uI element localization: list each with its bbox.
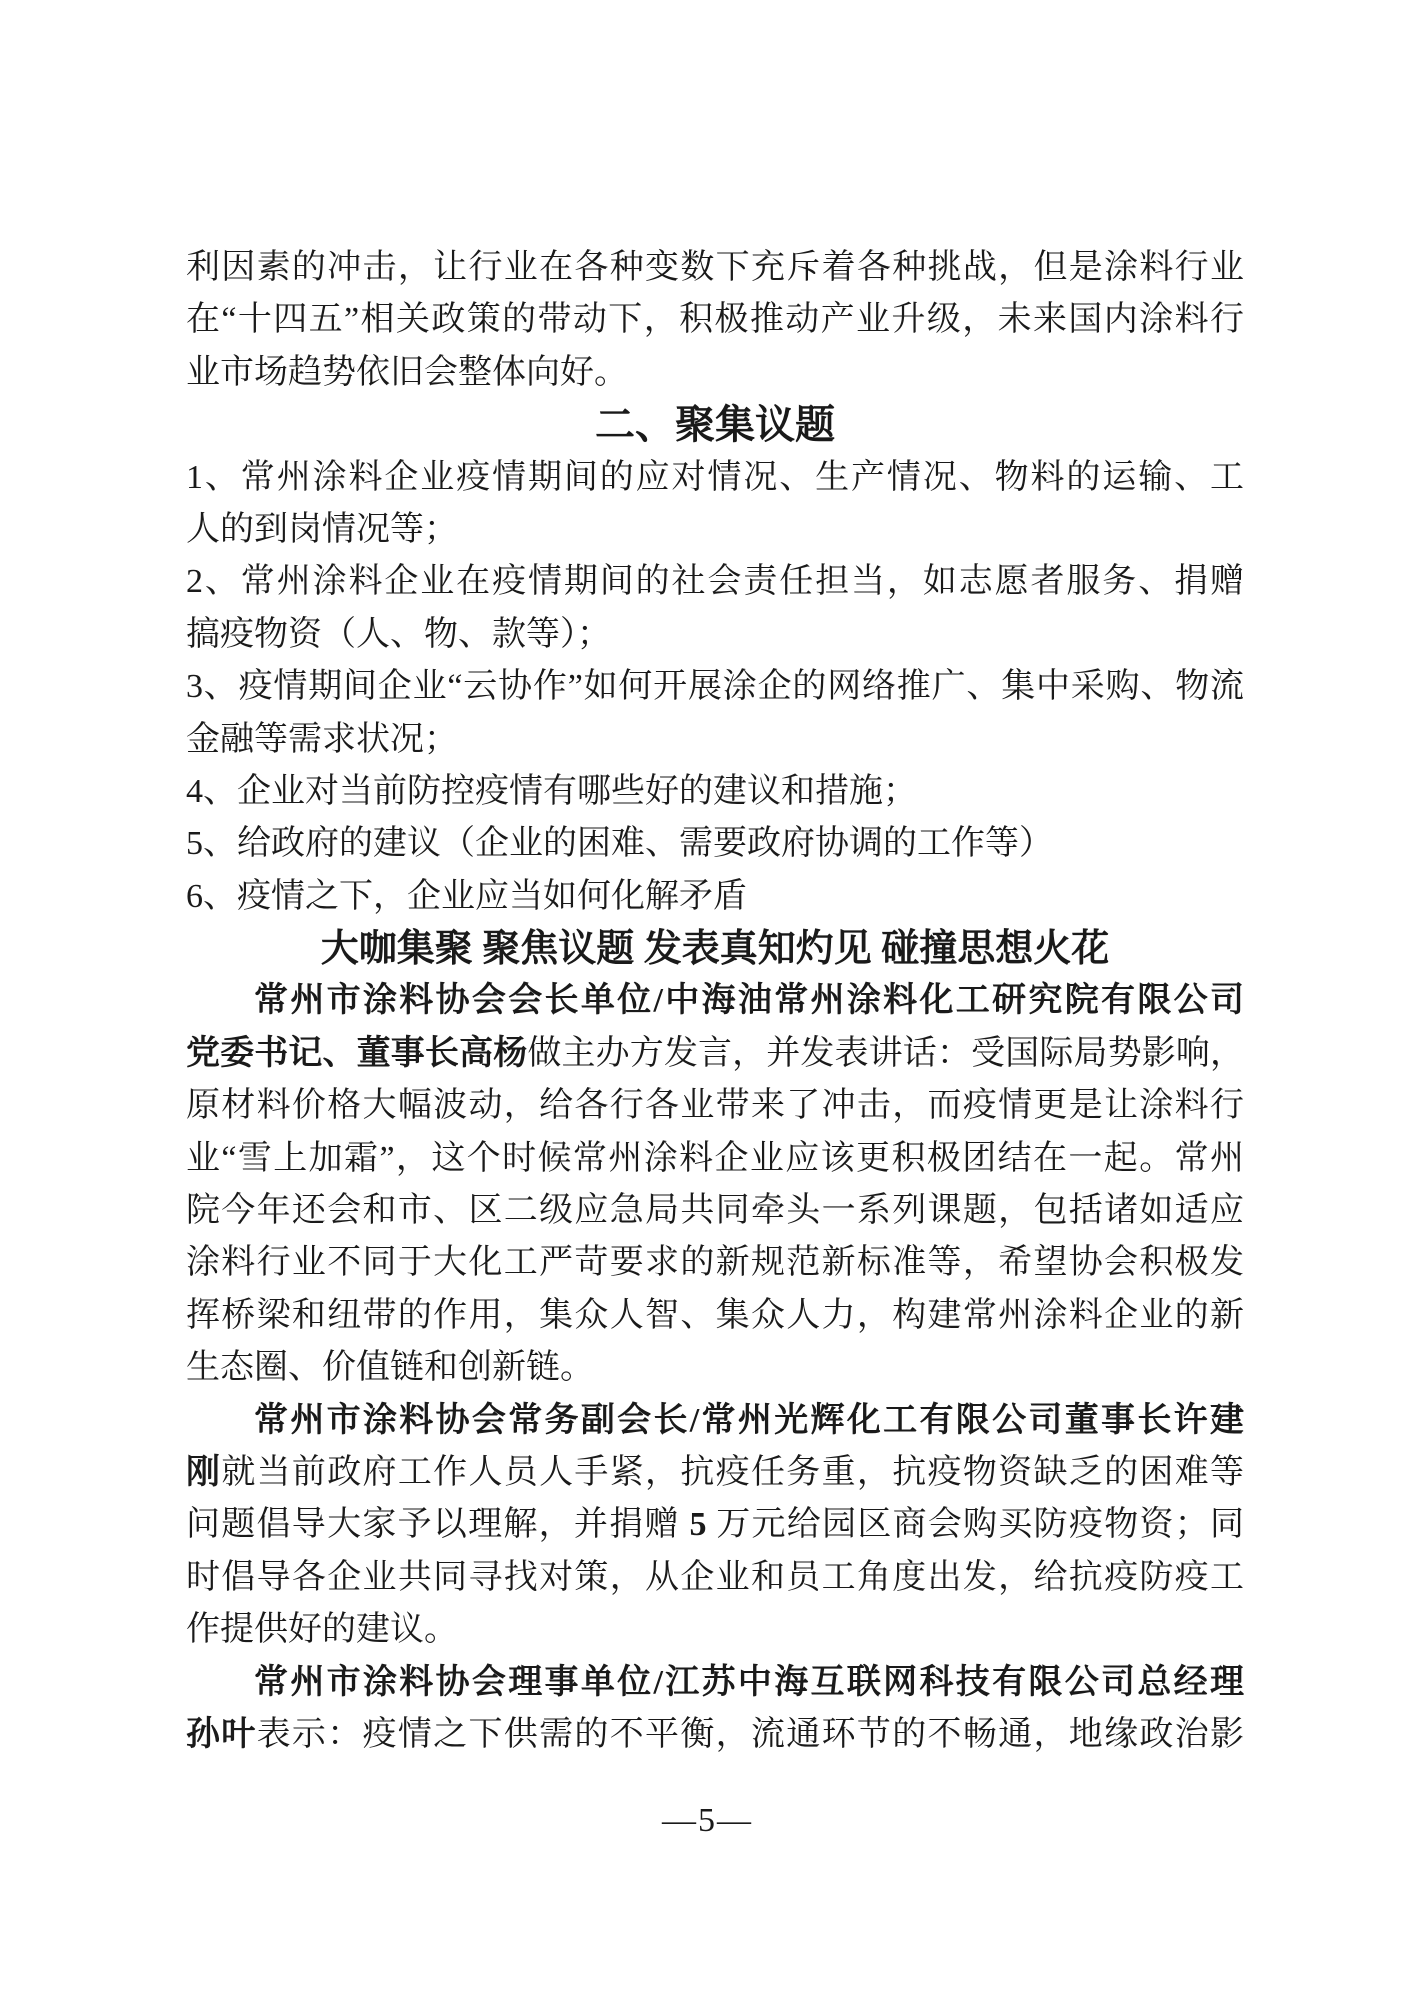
bold-text-run: 常州市涂料协会常务副会长/常州光辉化工有限公司董事长许建 [254, 1402, 1244, 1439]
bold-text-run: 大咖集聚 聚焦议题 发表真知灼见 碰撞思想火花 [321, 928, 1110, 970]
text-run: 6、疫情之下，企业应当如何化解矛盾 [186, 878, 747, 915]
text-run: 生态圈、价值链和创新链。 [186, 1349, 594, 1386]
bold-text-run: 常州市涂料协会理事单位/江苏中海互联网科技有限公司总经理 [254, 1664, 1244, 1701]
bold-text-run: 二、聚集议题 [595, 402, 835, 447]
body-line: 生态圈、价值链和创新链。 [186, 1342, 1244, 1394]
text-run: 原材料价格大幅波动，给各行各业带来了冲击，而疫情更是让涂料行 [186, 1087, 1244, 1124]
speaker-title-line: 常州市涂料协会常务副会长/常州光辉化工有限公司董事长许建 [186, 1395, 1244, 1447]
body-line: 作提供好的建议。 [186, 1604, 1244, 1656]
text-run: 院今年还会和市、区二级应急局共同牵头一系列课题，包括诸如适应 [186, 1192, 1244, 1229]
topic-item-4: 4、企业对当前防控疫情有哪些好的建议和措施； [186, 766, 1244, 818]
text-run: 问题倡导大家予以理解，并捐赠 [186, 1506, 690, 1543]
text-run: 作提供好的建议。 [186, 1611, 458, 1648]
text-run: 业“雪上加霜”，这个时候常州涂料企业应该更积极团结在一起。常州 [186, 1140, 1244, 1177]
bold-text-run: 孙叶 [186, 1716, 257, 1753]
body-line: 利因素的冲击，让行业在各种变数下充斥着各种挑战，但是涂料行业 [186, 242, 1244, 294]
text-run: 就当前政府工作人员人手紧，抗疫任务重，抗疫物资缺乏的困难等 [221, 1454, 1244, 1491]
topic-item-1: 1、常州涂料企业疫情期间的应对情况、生产情况、物料的运输、工 [186, 452, 1244, 504]
text-run: 时倡导各企业共同寻找对策，从企业和员工角度出发，给抗疫防疫工 [186, 1559, 1244, 1596]
body-line: 业市场趋势依旧会整体向好。 [186, 347, 1244, 399]
body-line: 在“十四五”相关政策的带动下，积极推动产业升级，未来国内涂料行 [186, 294, 1244, 346]
body-line: 业“雪上加霜”，这个时候常州涂料企业应该更积极团结在一起。常州 [186, 1133, 1244, 1185]
document-body: 利因素的冲击，让行业在各种变数下充斥着各种挑战，但是涂料行业在“十四五”相关政策… [186, 242, 1244, 1761]
text-run: 利因素的冲击，让行业在各种变数下充斥着各种挑战，但是涂料行业 [186, 249, 1244, 286]
text-run: 1、常州涂料企业疫情期间的应对情况、生产情况、物料的运输、工 [186, 459, 1244, 496]
body-line: 时倡导各企业共同寻找对策，从企业和员工角度出发，给抗疫防疫工 [186, 1552, 1244, 1604]
text-run: 业市场趋势依旧会整体向好。 [186, 354, 628, 391]
body-line: 孙叶表示：疫情之下供需的不平衡，流通环节的不畅通，地缘政治影 [186, 1709, 1244, 1761]
text-run: 搞疫物资（人、物、款等）； [186, 616, 611, 653]
bold-text-run: 党委书记、董事长高杨 [186, 1035, 527, 1072]
text-run: 3、疫情期间企业“云协作”如何开展涂企的网络推广、集中采购、物流 [186, 668, 1244, 705]
text-run: 涂料行业不同于大化工严苛要求的新规范新标准等，希望协会积极发 [186, 1244, 1244, 1281]
page-number: —5— [0, 1798, 1415, 1844]
text-run: 4、企业对当前防控疫情有哪些好的建议和措施； [186, 773, 917, 810]
text-run: 5、给政府的建议（企业的困难、需要政府协调的工作等） [186, 825, 1053, 862]
body-line: 原材料价格大幅波动，给各行各业带来了冲击，而疫情更是让涂料行 [186, 1080, 1244, 1132]
speaker-title-line: 常州市涂料协会会长单位/中海油常州涂料化工研究院有限公司 [186, 975, 1244, 1027]
document-page: 利因素的冲击，让行业在各种变数下充斥着各种挑战，但是涂料行业在“十四五”相关政策… [0, 0, 1415, 2000]
topic-item-5: 5、给政府的建议（企业的困难、需要政府协调的工作等） [186, 818, 1244, 870]
topic-item-2-cont: 搞疫物资（人、物、款等）； [186, 609, 1244, 661]
text-run: 挥桥梁和纽带的作用，集众人智、集众人力，构建常州涂料企业的新 [186, 1297, 1244, 1334]
section-heading: 二、聚集议题 [186, 399, 1244, 451]
text-run: 金融等需求状况； [186, 721, 458, 758]
bold-text-run: 常州市涂料协会会长单位/中海油常州涂料化工研究院有限公司 [254, 982, 1244, 1019]
text-run: 万元给园区商会购买防疫物资；同 [707, 1506, 1245, 1543]
bold-text-run: 刚 [186, 1454, 221, 1491]
sub-heading: 大咖集聚 聚焦议题 发表真知灼见 碰撞思想火花 [186, 923, 1244, 975]
speaker-title-line: 常州市涂料协会理事单位/江苏中海互联网科技有限公司总经理 [186, 1657, 1244, 1709]
text-run: 做主办方发言，并发表讲话：受国际局势影响， [527, 1035, 1244, 1072]
text-run: 人的到岗情况等； [186, 511, 458, 548]
text-run: 2、常州涂料企业在疫情期间的社会责任担当，如志愿者服务、捐赠 [186, 563, 1244, 600]
topic-item-6: 6、疫情之下，企业应当如何化解矛盾 [186, 871, 1244, 923]
text-run: 表示：疫情之下供需的不平衡，流通环节的不畅通，地缘政治影 [257, 1716, 1244, 1753]
bold-text-run: 5 [690, 1506, 707, 1543]
body-line: 院今年还会和市、区二级应急局共同牵头一系列课题，包括诸如适应 [186, 1185, 1244, 1237]
body-line: 党委书记、董事长高杨做主办方发言，并发表讲话：受国际局势影响， [186, 1028, 1244, 1080]
body-line: 问题倡导大家予以理解，并捐赠 5 万元给园区商会购买防疫物资；同 [186, 1499, 1244, 1551]
body-line: 挥桥梁和纽带的作用，集众人智、集众人力，构建常州涂料企业的新 [186, 1290, 1244, 1342]
body-line: 涂料行业不同于大化工严苛要求的新规范新标准等，希望协会积极发 [186, 1237, 1244, 1289]
topic-item-3: 3、疫情期间企业“云协作”如何开展涂企的网络推广、集中采购、物流 [186, 661, 1244, 713]
body-line: 刚就当前政府工作人员人手紧，抗疫任务重，抗疫物资缺乏的困难等 [186, 1447, 1244, 1499]
topic-item-2: 2、常州涂料企业在疫情期间的社会责任担当，如志愿者服务、捐赠 [186, 556, 1244, 608]
topic-item-3-cont: 金融等需求状况； [186, 714, 1244, 766]
text-run: 在“十四五”相关政策的带动下，积极推动产业升级，未来国内涂料行 [186, 301, 1244, 338]
topic-item-1-cont: 人的到岗情况等； [186, 504, 1244, 556]
